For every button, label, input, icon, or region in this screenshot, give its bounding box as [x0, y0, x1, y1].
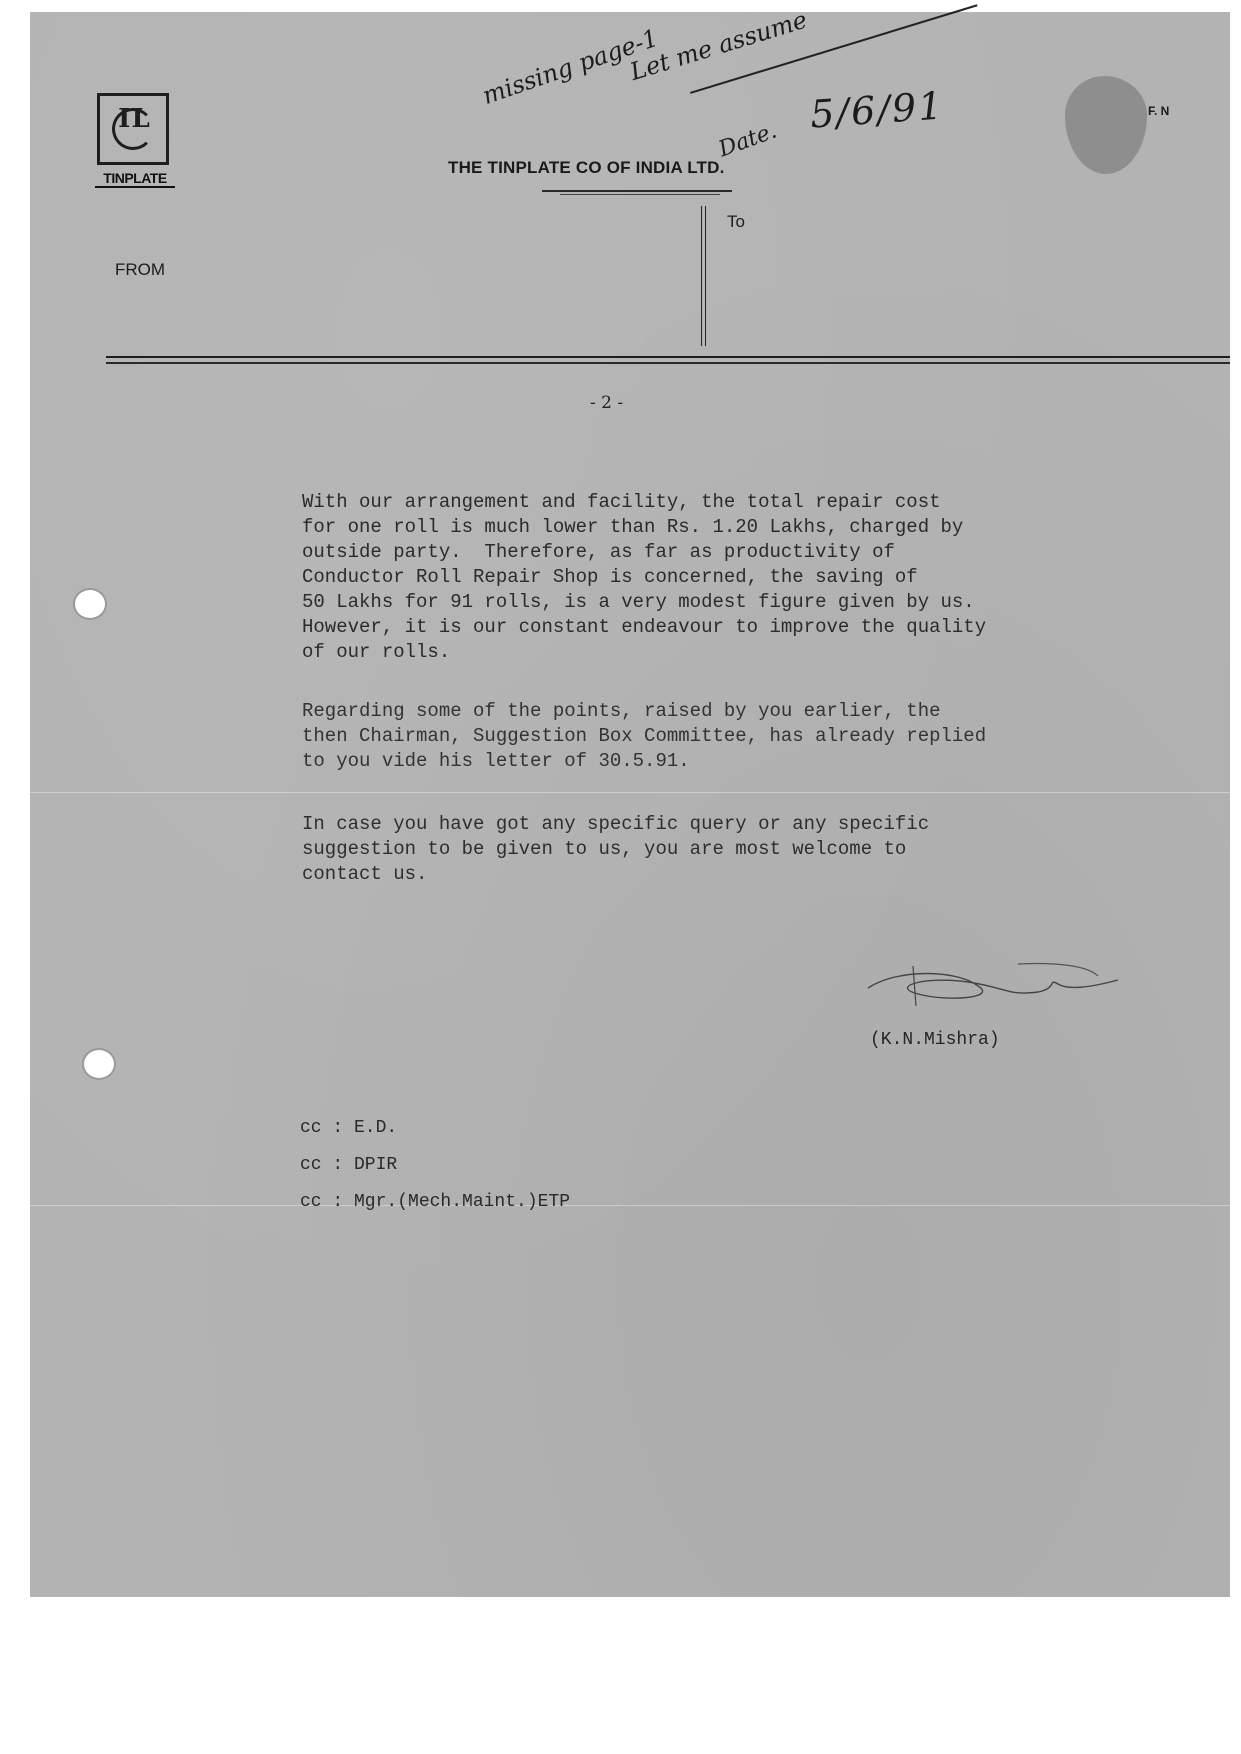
divider-vertical — [701, 206, 702, 346]
body-paragraph-2: Regarding some of the points, raised by … — [302, 699, 1222, 774]
punch-hole — [84, 1050, 114, 1078]
signatory-name: (K.N.Mishra) — [870, 1030, 1000, 1050]
logo-initials: I L — [97, 104, 169, 134]
file-number-label: F. N — [1148, 104, 1169, 118]
cc-item: cc : E.D. — [300, 1118, 397, 1138]
body-paragraph-3: In case you have got any specific query … — [302, 812, 1222, 887]
company-underline — [542, 190, 732, 192]
cc-item: cc : DPIR — [300, 1155, 397, 1175]
scanned-paper — [30, 12, 1230, 1597]
handwritten-date-value: 5/6/91 — [809, 83, 946, 136]
signature-icon — [858, 958, 1128, 1008]
page-number: - 2 - — [590, 393, 623, 413]
fold-crease — [30, 792, 1230, 793]
company-name: THE TINPLATE CO OF INDIA LTD. — [448, 158, 725, 178]
header-rule — [106, 356, 1230, 358]
company-underline — [560, 194, 720, 195]
fold-crease — [30, 1205, 1230, 1206]
from-label: FROM — [115, 260, 165, 280]
divider-vertical — [705, 206, 706, 346]
header-rule — [106, 362, 1230, 364]
cc-item: cc : Mgr.(Mech.Maint.)ETP — [300, 1192, 570, 1212]
punch-hole — [75, 590, 105, 618]
body-paragraph-1: With our arrangement and facility, the t… — [302, 490, 1222, 665]
logo-wordmark: TINPLATE — [95, 170, 175, 188]
to-label: To — [727, 212, 745, 232]
